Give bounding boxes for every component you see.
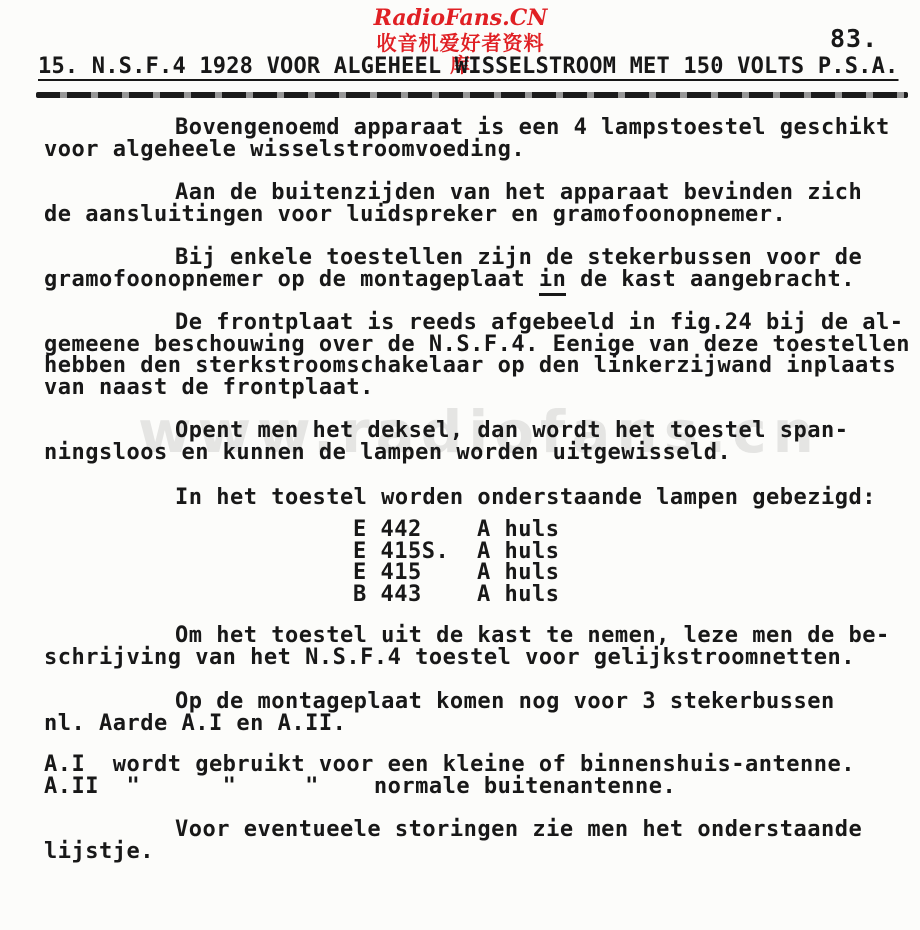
- scanned-document-page: RadioFans.CN 收音机爱好者资料库 83. 15. N.S.F.4 1…: [0, 0, 920, 930]
- site-name: RadioFans.CN: [368, 6, 553, 30]
- text-line: Opent men het deksel, dan wordt het toes…: [44, 420, 849, 442]
- text-line: Voor eventueele storingen zie men het on…: [44, 819, 862, 841]
- text-line: nl. Aarde A.I en A.II.: [44, 713, 835, 735]
- text-line: hebben den sterkstroomschakelaar op den …: [44, 355, 910, 377]
- text-line: De frontplaat is reeds afgebeeld in fig.…: [44, 312, 910, 334]
- lamp-type: E 442: [353, 519, 477, 541]
- text-line: voor algeheele wisselstroomvoeding.: [44, 139, 890, 161]
- lamp-row: E 415S.A huls: [353, 541, 559, 563]
- paragraph-uit-de-kast: Om het toestel uit de kast te nemen, lez…: [44, 625, 890, 668]
- lamp-list: E 442A huls E 415S.A huls E 415A huls B …: [353, 519, 559, 605]
- text-segment: de kast aangebracht.: [566, 267, 855, 292]
- text-line: lijstje.: [44, 841, 862, 863]
- lamp-row: E 442A huls: [353, 519, 559, 541]
- paragraph-stekerbussen: Bij enkele toestellen zijn de stekerbuss…: [44, 247, 862, 290]
- lamp-socket: A huls: [477, 582, 559, 607]
- paragraph-intro: Bovengenoemd apparaat is een 4 lampstoes…: [44, 117, 890, 160]
- lamp-type: E 415S.: [353, 541, 477, 563]
- lamp-row: E 415A huls: [353, 562, 559, 584]
- text-line: Bovengenoemd apparaat is een 4 lampstoes…: [44, 117, 890, 139]
- paragraph-connections: Aan de buitenzijden van het apparaat bev…: [44, 182, 862, 225]
- text-line: A.II " " " normale buitenantenne.: [44, 776, 855, 798]
- underlined-word: in: [539, 267, 567, 296]
- section-title: 15. N.S.F.4 1928 VOOR ALGEHEEL WISSELSTR…: [38, 54, 912, 79]
- text-line: Bij enkele toestellen zijn de stekerbuss…: [44, 247, 862, 269]
- text-line: schrijving van het N.S.F.4 toestel voor …: [44, 647, 890, 669]
- paragraph-lampen-intro: In het toestel worden onderstaande lampe…: [44, 487, 876, 509]
- title-underline-rule: [36, 92, 908, 98]
- text-line: de aansluitingen voor luidspreker en gra…: [44, 204, 862, 226]
- paragraph-storingen: Voor eventueele storingen zie men het on…: [44, 819, 862, 862]
- paragraph-frontplaat: De frontplaat is reeds afgebeeld in fig.…: [44, 312, 910, 398]
- lamp-type: B 443: [353, 584, 477, 606]
- text-line: Aan de buitenzijden van het apparaat bev…: [44, 182, 862, 204]
- paragraph-montageplaat: Op de montageplaat komen nog voor 3 stek…: [44, 691, 835, 734]
- text-line: In het toestel worden onderstaande lampe…: [44, 487, 876, 509]
- text-line: gramofoonopnemer op de montageplaat in d…: [44, 269, 862, 291]
- lamp-type: E 415: [353, 562, 477, 584]
- text-line: Op de montageplaat komen nog voor 3 stek…: [44, 691, 835, 713]
- paragraph-deksel: Opent men het deksel, dan wordt het toes…: [44, 420, 849, 463]
- paragraph-antenne: A.I wordt gebruikt voor een kleine of bi…: [44, 754, 855, 797]
- text-line: Om het toestel uit de kast te nemen, lez…: [44, 625, 890, 647]
- page-number: 83.: [830, 24, 878, 53]
- text-line: A.I wordt gebruikt voor een kleine of bi…: [44, 754, 855, 776]
- text-line: van naast de frontplaat.: [44, 377, 910, 399]
- lamp-row: B 443A huls: [353, 584, 559, 606]
- text-line: ningsloos en kunnen de lampen worden uit…: [44, 442, 849, 464]
- text-segment: gramofoonopnemer op de montageplaat: [44, 267, 539, 292]
- text-line: gemeene beschouwing over de N.S.F.4. Een…: [44, 334, 910, 356]
